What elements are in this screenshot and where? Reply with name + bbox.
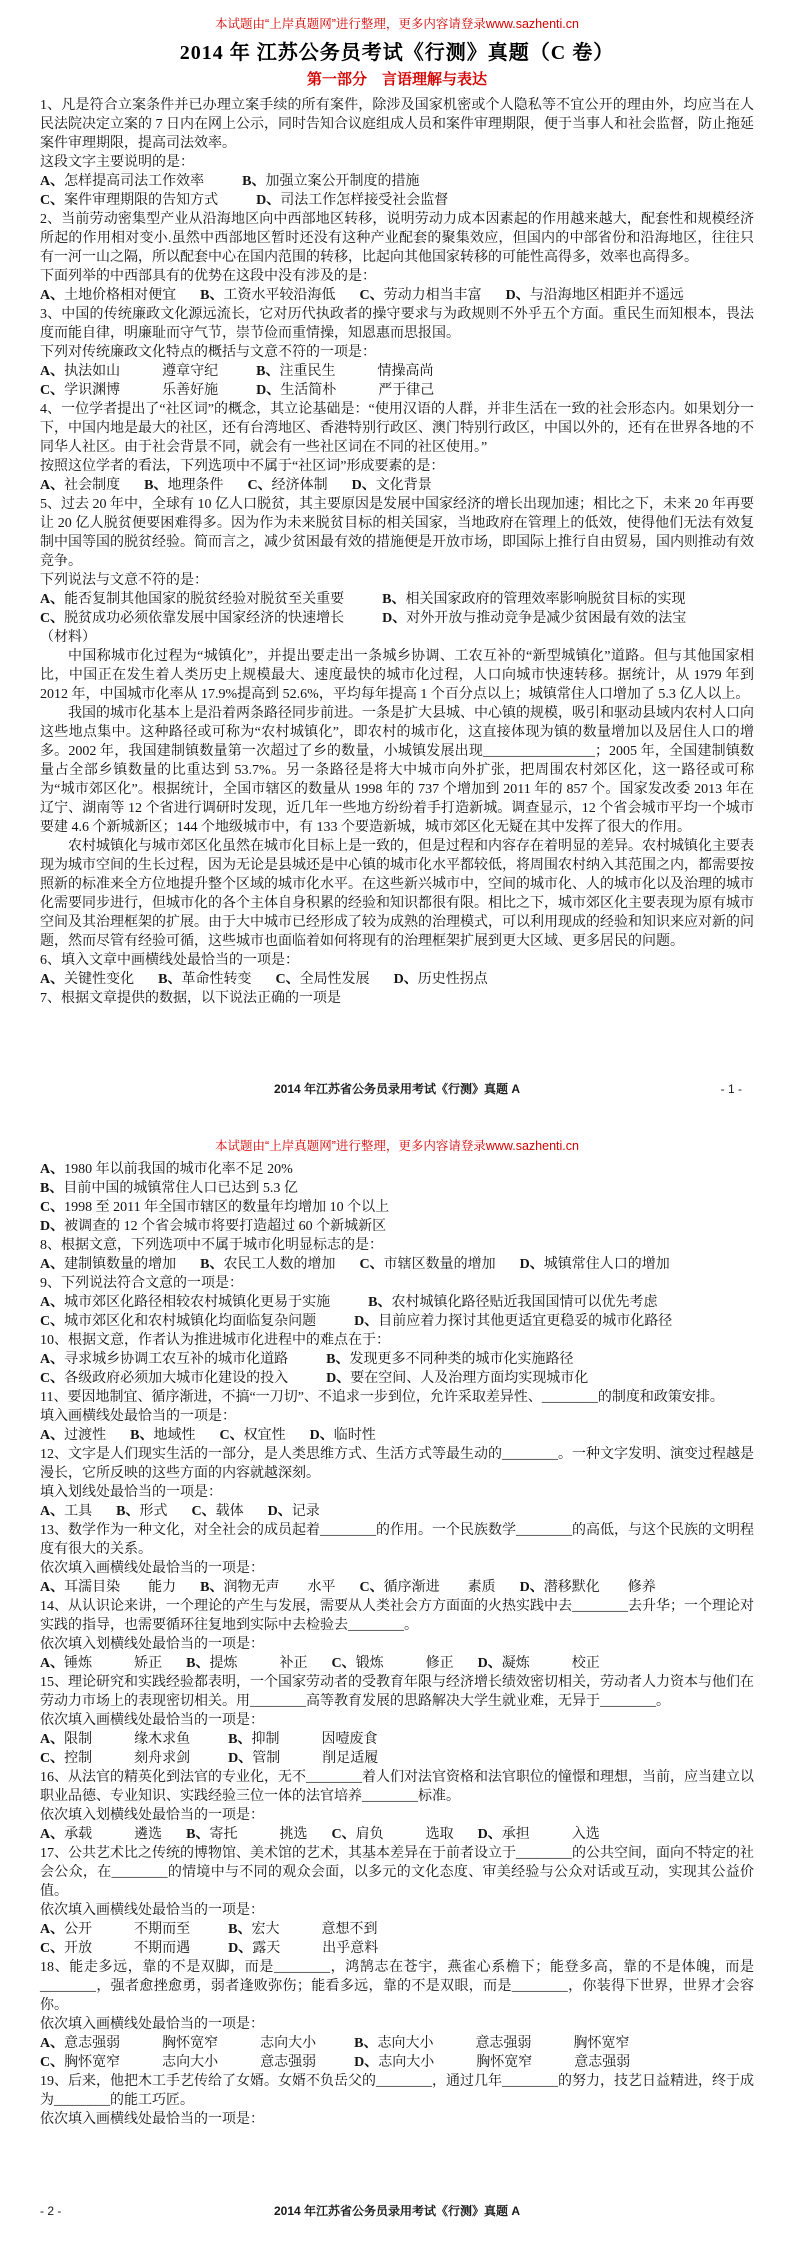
options-row: A、执法如山 遵章守纪B、注重民生 情操高尚 <box>40 362 754 381</box>
option-cell: D、潜移默化 修养 <box>520 1578 656 1597</box>
options-row: A、土地价格相对便宜B、工资水平较沿海低C、劳动力相当丰富D、与沿海地区相距并不… <box>40 286 754 305</box>
option-cell: A、城市郊区化路径相较农村城镇化更易于实施 <box>40 1293 330 1312</box>
options-row: A、限制 缘木求鱼B、抑制 因噎废食 <box>40 1730 754 1749</box>
options-row: C、1998 至 2011 年全国市辖区的数量年均增加 10 个以上 <box>40 1198 754 1217</box>
option-cell: C、肩负 选取 <box>331 1825 453 1844</box>
question-paragraph: 1、凡是符合立案条件并已办理立案手续的所有案件，除涉及国家机密或个人隐私等不宜公… <box>40 96 754 153</box>
options-row: A、公开 不期而至B、宏大 意想不到 <box>40 1920 754 1939</box>
option-cell: D、记录 <box>268 1502 320 1521</box>
options-row: A、耳濡目染 能力B、润物无声 水平C、循序渐进 素质D、潜移默化 修养 <box>40 1578 754 1597</box>
options-row: A、意志强弱 胸怀宽窄 志向大小B、志向大小 意志强弱 胸怀宽窄 <box>40 2034 754 2053</box>
option-cell: A、关键性变化 <box>40 970 134 989</box>
page-1: 本试题由“上岸真题网”进行整理，更多内容请登录www.sazhenti.cn 2… <box>0 0 794 1122</box>
question-paragraph: 10、根据文意，作者认为推进城市化进程中的难点在于： <box>40 1331 754 1350</box>
option-cell: B、地域性 <box>130 1426 195 1445</box>
option-cell: C、经济体制 <box>247 476 327 495</box>
option-cell: A、限制 缘木求鱼 <box>40 1730 190 1749</box>
options-row: B、目前中国的城镇常住人口已达到 5.3 亿 <box>40 1179 754 1198</box>
option-cell: A、1980 年以前我国的城市化率不足 20% <box>40 1160 293 1179</box>
question-paragraph: 5、过去 20 年中，全球有 10 亿人口脱贫，其主要原因是发展中国家经济的增长… <box>40 495 754 571</box>
question-paragraph: 11、要因地制宜、循序渐进，不搞“一刀切”、不追求一步到位，允许采取差异性、__… <box>40 1388 754 1407</box>
page-2: 本试题由“上岸真题网”进行整理，更多内容请登录www.sazhenti.cn A… <box>0 1122 794 2244</box>
option-cell: C、案件审理期限的告知方式 <box>40 191 218 210</box>
option-cell: B、农村城镇化路径贴近我国国情可以优先考虑 <box>368 1293 657 1312</box>
option-cell: A、土地价格相对便宜 <box>40 286 176 305</box>
options-row: C、开放 不期而遇D、露天 出乎意料 <box>40 1939 754 1958</box>
option-cell: C、全局性发展 <box>275 970 369 989</box>
question-paragraph: 14、从认识论来讲，一个理论的产生与发展，需要从人类社会方方面面的火热实践中去_… <box>40 1597 754 1635</box>
option-cell: D、生活简朴 严于律己 <box>256 381 434 400</box>
option-cell: D、承担 入选 <box>478 1825 600 1844</box>
option-cell: C、学识渊博 乐善好施 <box>40 381 218 400</box>
question-paragraph: 依次填入画横线处最恰当的一项是： <box>40 1559 754 1578</box>
question-paragraph: 12、文字是人们现实生活的一部分，是人类思维方式、生活方式等最生动的______… <box>40 1445 754 1483</box>
question-paragraph: 16、从法官的精英化到法官的专业化，无不________着人们对法官资格和法官职… <box>40 1768 754 1806</box>
option-cell: B、发现更多不同种类的城市化实施路径 <box>326 1350 573 1369</box>
question-paragraph: 17、公共艺术比之传统的博物馆、美术馆的艺术，其基本差异在于前者设立于_____… <box>40 1844 754 1901</box>
option-cell: C、市辖区数量的增加 <box>359 1255 495 1274</box>
option-cell: D、管制 削足适履 <box>228 1749 378 1768</box>
question-paragraph: 18、能走多远，靠的不是双脚，而是________，鸿鹄志在苍宇，燕雀心系檐下；… <box>40 1958 754 2015</box>
option-cell: C、循序渐进 素质 <box>359 1578 495 1597</box>
option-cell: B、加强立案公开制度的措施 <box>242 172 419 191</box>
material-paragraph: 农村城镇化与城市郊区化虽然在城市化目标上是一致的，但是过程和内容存在着明显的差异… <box>40 837 754 951</box>
option-cell: A、执法如山 遵章守纪 <box>40 362 218 381</box>
options-row: A、怎样提高司法工作效率B、加强立案公开制度的措施 <box>40 172 754 191</box>
option-cell: A、过渡性 <box>40 1426 106 1445</box>
options-row: A、城市郊区化路径相较农村城镇化更易于实施B、农村城镇化路径贴近我国国情可以优先… <box>40 1293 754 1312</box>
question-paragraph: 4、一位学者提出了“社区词”的概念，其立论基础是：“使用汉语的人群，并非生活在一… <box>40 400 754 457</box>
options-row: C、各级政府必须加大城市化建设的投入D、要在空间、人及治理方面均实现城市化 <box>40 1369 754 1388</box>
question-paragraph: 9、下列说法符合文意的一项是： <box>40 1274 754 1293</box>
option-cell: D、司法工作怎样接受社会监督 <box>256 191 448 210</box>
option-cell: A、建制镇数量的增加 <box>40 1255 176 1274</box>
page-2-footer: - 2 - 2014 年江苏省公务员录用考试《行测》真题 A <box>40 2202 754 2220</box>
question-paragraph: 填入划线处最恰当的一项是： <box>40 1483 754 1502</box>
option-cell: B、提炼 补正 <box>186 1654 307 1673</box>
material-paragraph: 中国称城市化过程为“城镇化”，并提出要走出一条城乡协调、工农互补的“新型城镇化”… <box>40 647 754 704</box>
question-paragraph: 13、数学作为一种文化，对全社会的成员起着________的作用。一个民族数学_… <box>40 1521 754 1559</box>
question-paragraph: 7、根据文章提供的数据，以下说法正确的一项是 <box>40 989 754 1008</box>
page-1-content: 1、凡是符合立案条件并已办理立案手续的所有案件，除涉及国家机密或个人隐私等不宜公… <box>40 96 754 1008</box>
option-cell: A、意志强弱 胸怀宽窄 志向大小 <box>40 2034 316 2053</box>
option-cell: C、载体 <box>191 1502 243 1521</box>
option-cell: A、工具 <box>40 1502 92 1521</box>
option-cell: D、对外开放与推动竞争是减少贫困最有效的法宝 <box>382 609 686 628</box>
options-row: A、1980 年以前我国的城市化率不足 20% <box>40 1160 754 1179</box>
question-paragraph: 下面列举的中西部具有的优势在这段中没有涉及的是： <box>40 267 754 286</box>
options-row: A、能否复制其他国家的脱贫经验对脱贫至关重要B、相关国家政府的管理效率影响脱贫目… <box>40 590 754 609</box>
option-cell: C、胸怀宽窄 志向大小 意志强弱 <box>40 2053 316 2072</box>
option-cell: D、目前应着力探讨其他更适宜更稳妥的城市化路径 <box>354 1312 672 1331</box>
options-row: C、脱贫成功必须依靠发展中国家经济的快速增长D、对外开放与推动竞争是减少贫困最有… <box>40 609 754 628</box>
option-cell: C、权宜性 <box>219 1426 285 1445</box>
section-title: 第一部分 言语理解与表达 <box>40 70 754 90</box>
page-number: - 1 - <box>721 1080 742 1098</box>
option-cell: B、工资水平较沿海低 <box>200 286 335 305</box>
page-header-note: 本试题由“上岸真题网”进行整理，更多内容请登录www.sazhenti.cn <box>40 16 754 32</box>
option-cell: D、历史性拐点 <box>394 970 488 989</box>
option-cell: D、城镇常住人口的增加 <box>520 1255 670 1274</box>
question-paragraph: 19、后来，他把木工手艺传给了女婿。女婿不负岳父的________，通过几年__… <box>40 2072 754 2110</box>
question-paragraph: （材料） <box>40 628 754 647</box>
option-cell: A、承载 遴选 <box>40 1825 162 1844</box>
options-row: A、工具B、形式C、载体D、记录 <box>40 1502 754 1521</box>
options-row: C、控制 刻舟求剑D、管制 削足适履 <box>40 1749 754 1768</box>
question-paragraph: 依次填入划横线处最恰当的一项是： <box>40 1635 754 1654</box>
question-paragraph: 下列说法与文意不符的是： <box>40 571 754 590</box>
option-cell: B、形式 <box>116 1502 167 1521</box>
options-row: C、学识渊博 乐善好施D、生活简朴 严于律己 <box>40 381 754 400</box>
option-cell: C、各级政府必须加大城市化建设的投入 <box>40 1369 288 1388</box>
option-cell: D、被调查的 12 个省会城市将要打造超过 60 个新城新区 <box>40 1217 386 1236</box>
option-cell: D、露天 出乎意料 <box>228 1939 378 1958</box>
option-cell: B、目前中国的城镇常住人口已达到 5.3 亿 <box>40 1179 298 1198</box>
option-cell: D、与沿海地区相距并不遥远 <box>506 286 684 305</box>
option-cell: D、临时性 <box>310 1426 376 1445</box>
page-1-footer: 2014 年江苏省公务员录用考试《行测》真题 A - 1 - <box>40 1080 754 1098</box>
option-cell: B、抑制 因噎废食 <box>228 1730 377 1749</box>
option-cell: A、耳濡目染 能力 <box>40 1578 176 1597</box>
page-2-content: A、1980 年以前我国的城市化率不足 20%B、目前中国的城镇常住人口已达到 … <box>40 1160 754 2129</box>
option-cell: C、控制 刻舟求剑 <box>40 1749 190 1768</box>
page-header-note: 本试题由“上岸真题网”进行整理，更多内容请登录www.sazhenti.cn <box>40 1138 754 1154</box>
option-cell: B、注重民生 情操高尚 <box>256 362 433 381</box>
option-cell: C、开放 不期而遇 <box>40 1939 190 1958</box>
exam-document: 本试题由“上岸真题网”进行整理，更多内容请登录www.sazhenti.cn 2… <box>0 0 794 2244</box>
options-row: C、案件审理期限的告知方式D、司法工作怎样接受社会监督 <box>40 191 754 210</box>
option-cell: B、寄托 挑选 <box>186 1825 307 1844</box>
option-cell: B、地理条件 <box>144 476 223 495</box>
options-row: A、社会制度B、地理条件C、经济体制D、文化背景 <box>40 476 754 495</box>
option-cell: C、城市郊区化和农村城镇化均面临复杂问题 <box>40 1312 316 1331</box>
option-cell: A、怎样提高司法工作效率 <box>40 172 204 191</box>
option-cell: A、锤炼 矫正 <box>40 1654 162 1673</box>
question-paragraph: 按照这位学者的看法，下列选项中不属于“社区词”形成要素的是： <box>40 457 754 476</box>
option-cell: D、要在空间、人及治理方面均实现城市化 <box>326 1369 588 1388</box>
option-cell: D、文化背景 <box>352 476 432 495</box>
option-cell: A、公开 不期而至 <box>40 1920 190 1939</box>
option-cell: B、相关国家政府的管理效率影响脱贫目标的实现 <box>382 590 685 609</box>
options-row: C、胸怀宽窄 志向大小 意志强弱D、志向大小 胸怀宽窄 意志强弱 <box>40 2053 754 2072</box>
option-cell: B、志向大小 意志强弱 胸怀宽窄 <box>354 2034 629 2053</box>
option-cell: C、1998 至 2011 年全国市辖区的数量年均增加 10 个以上 <box>40 1198 389 1217</box>
options-row: C、城市郊区化和农村城镇化均面临复杂问题D、目前应着力探讨其他更适宜更稳妥的城市… <box>40 1312 754 1331</box>
option-cell: D、凝炼 校正 <box>478 1654 600 1673</box>
options-row: A、锤炼 矫正B、提炼 补正C、锻炼 修正D、凝炼 校正 <box>40 1654 754 1673</box>
question-paragraph: 依次填入画横线处最恰当的一项是： <box>40 1711 754 1730</box>
options-row: A、承载 遴选B、寄托 挑选C、肩负 选取D、承担 入选 <box>40 1825 754 1844</box>
option-cell: B、宏大 意想不到 <box>228 1920 377 1939</box>
question-paragraph: 3、中国的传统廉政文化源远流长，它对历代执政者的操守要求与为政规则不外乎五个方面… <box>40 305 754 343</box>
option-cell: B、革命性转变 <box>158 970 251 989</box>
question-paragraph: 依次填入画横线处最恰当的一项是： <box>40 2110 754 2129</box>
option-cell: D、志向大小 胸怀宽窄 意志强弱 <box>354 2053 630 2072</box>
question-paragraph: 2、当前劳动密集型产业从沿海地区向中西部地区转移，说明劳动力成本因素起的作用越来… <box>40 210 754 267</box>
option-cell: B、润物无声 水平 <box>200 1578 335 1597</box>
options-row: A、关键性变化B、革命性转变C、全局性发展D、历史性拐点 <box>40 970 754 989</box>
option-cell: A、社会制度 <box>40 476 120 495</box>
option-cell: C、劳动力相当丰富 <box>359 286 481 305</box>
options-row: A、建制镇数量的增加B、农民工人数的增加C、市辖区数量的增加D、城镇常住人口的增… <box>40 1255 754 1274</box>
options-row: A、寻求城乡协调工农互补的城市化道路B、发现更多不同种类的城市化实施路径 <box>40 1350 754 1369</box>
question-paragraph: 15、理论研究和实践经验都表明，一个国家劳动者的受教育年限与经济增长绩效密切相关… <box>40 1673 754 1711</box>
exam-title: 2014 年 江苏公务员考试《行测》真题（C 卷） <box>40 40 754 66</box>
options-row: D、被调查的 12 个省会城市将要打造超过 60 个新城新区 <box>40 1217 754 1236</box>
option-cell: A、寻求城乡协调工农互补的城市化道路 <box>40 1350 288 1369</box>
question-paragraph: 下列对传统廉政文化特点的概括与文意不符的一项是： <box>40 343 754 362</box>
option-cell: B、农民工人数的增加 <box>200 1255 335 1274</box>
question-paragraph: 依次填入画横线处最恰当的一项是： <box>40 2015 754 2034</box>
footer-title: 2014 年江苏省公务员录用考试《行测》真题 A <box>40 2202 754 2220</box>
material-paragraph: 我国的城市化基本上是沿着两条路径同步前进。一条是扩大县城、中心镇的规模，吸引和驱… <box>40 704 754 837</box>
option-cell: C、锻炼 修正 <box>331 1654 453 1673</box>
options-row: A、过渡性B、地域性C、权宜性D、临时性 <box>40 1426 754 1445</box>
option-cell: A、能否复制其他国家的脱贫经验对脱贫至关重要 <box>40 590 344 609</box>
question-paragraph: 这段文字主要说明的是： <box>40 153 754 172</box>
question-paragraph: 8、根据文意，下列选项中不属于城市化明显标志的是： <box>40 1236 754 1255</box>
question-paragraph: 依次填入画横线处最恰当的一项是： <box>40 1901 754 1920</box>
option-cell: C、脱贫成功必须依靠发展中国家经济的快速增长 <box>40 609 344 628</box>
question-paragraph: 依次填入划横线处最恰当的一项是： <box>40 1806 754 1825</box>
question-paragraph: 填入画横线处最恰当的一项是： <box>40 1407 754 1426</box>
question-paragraph: 6、填入文章中画横线处最恰当的一项是： <box>40 951 754 970</box>
footer-title: 2014 年江苏省公务员录用考试《行测》真题 A <box>40 1080 754 1098</box>
